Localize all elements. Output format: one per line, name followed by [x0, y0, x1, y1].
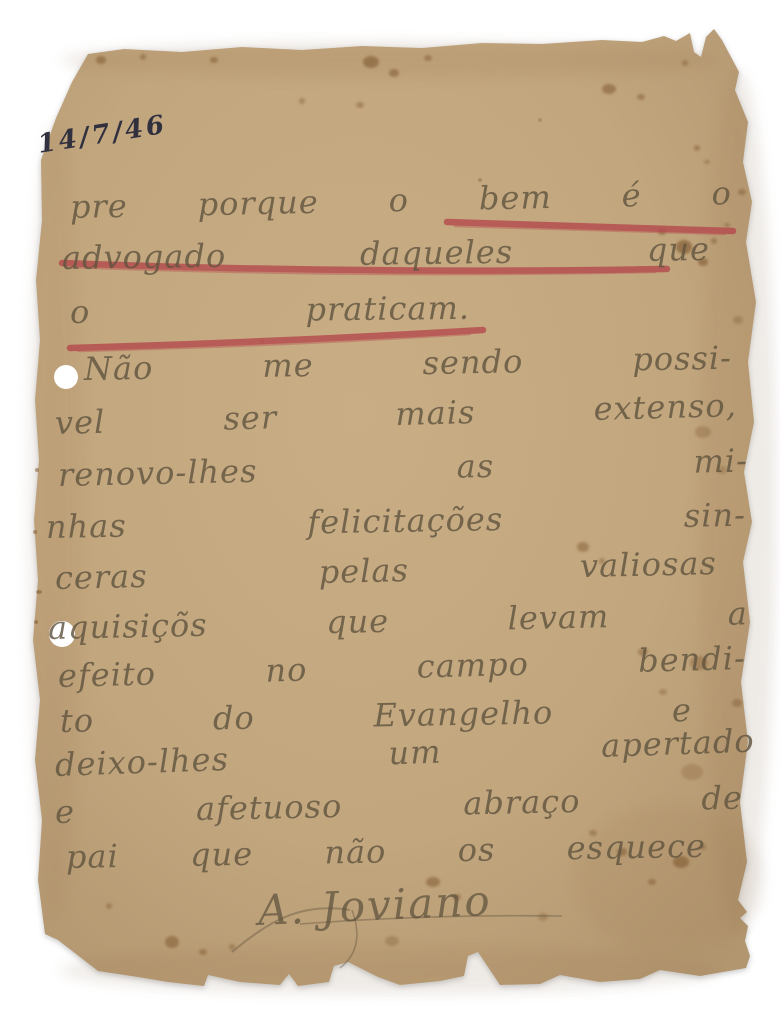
punch-hole-bottom	[49, 621, 75, 647]
scanned-letter-page: 14/7/46 pre porque o bem é o advogado da…	[0, 0, 780, 1024]
letter-paper	[0, 0, 780, 1024]
punch-hole-top	[54, 365, 78, 389]
